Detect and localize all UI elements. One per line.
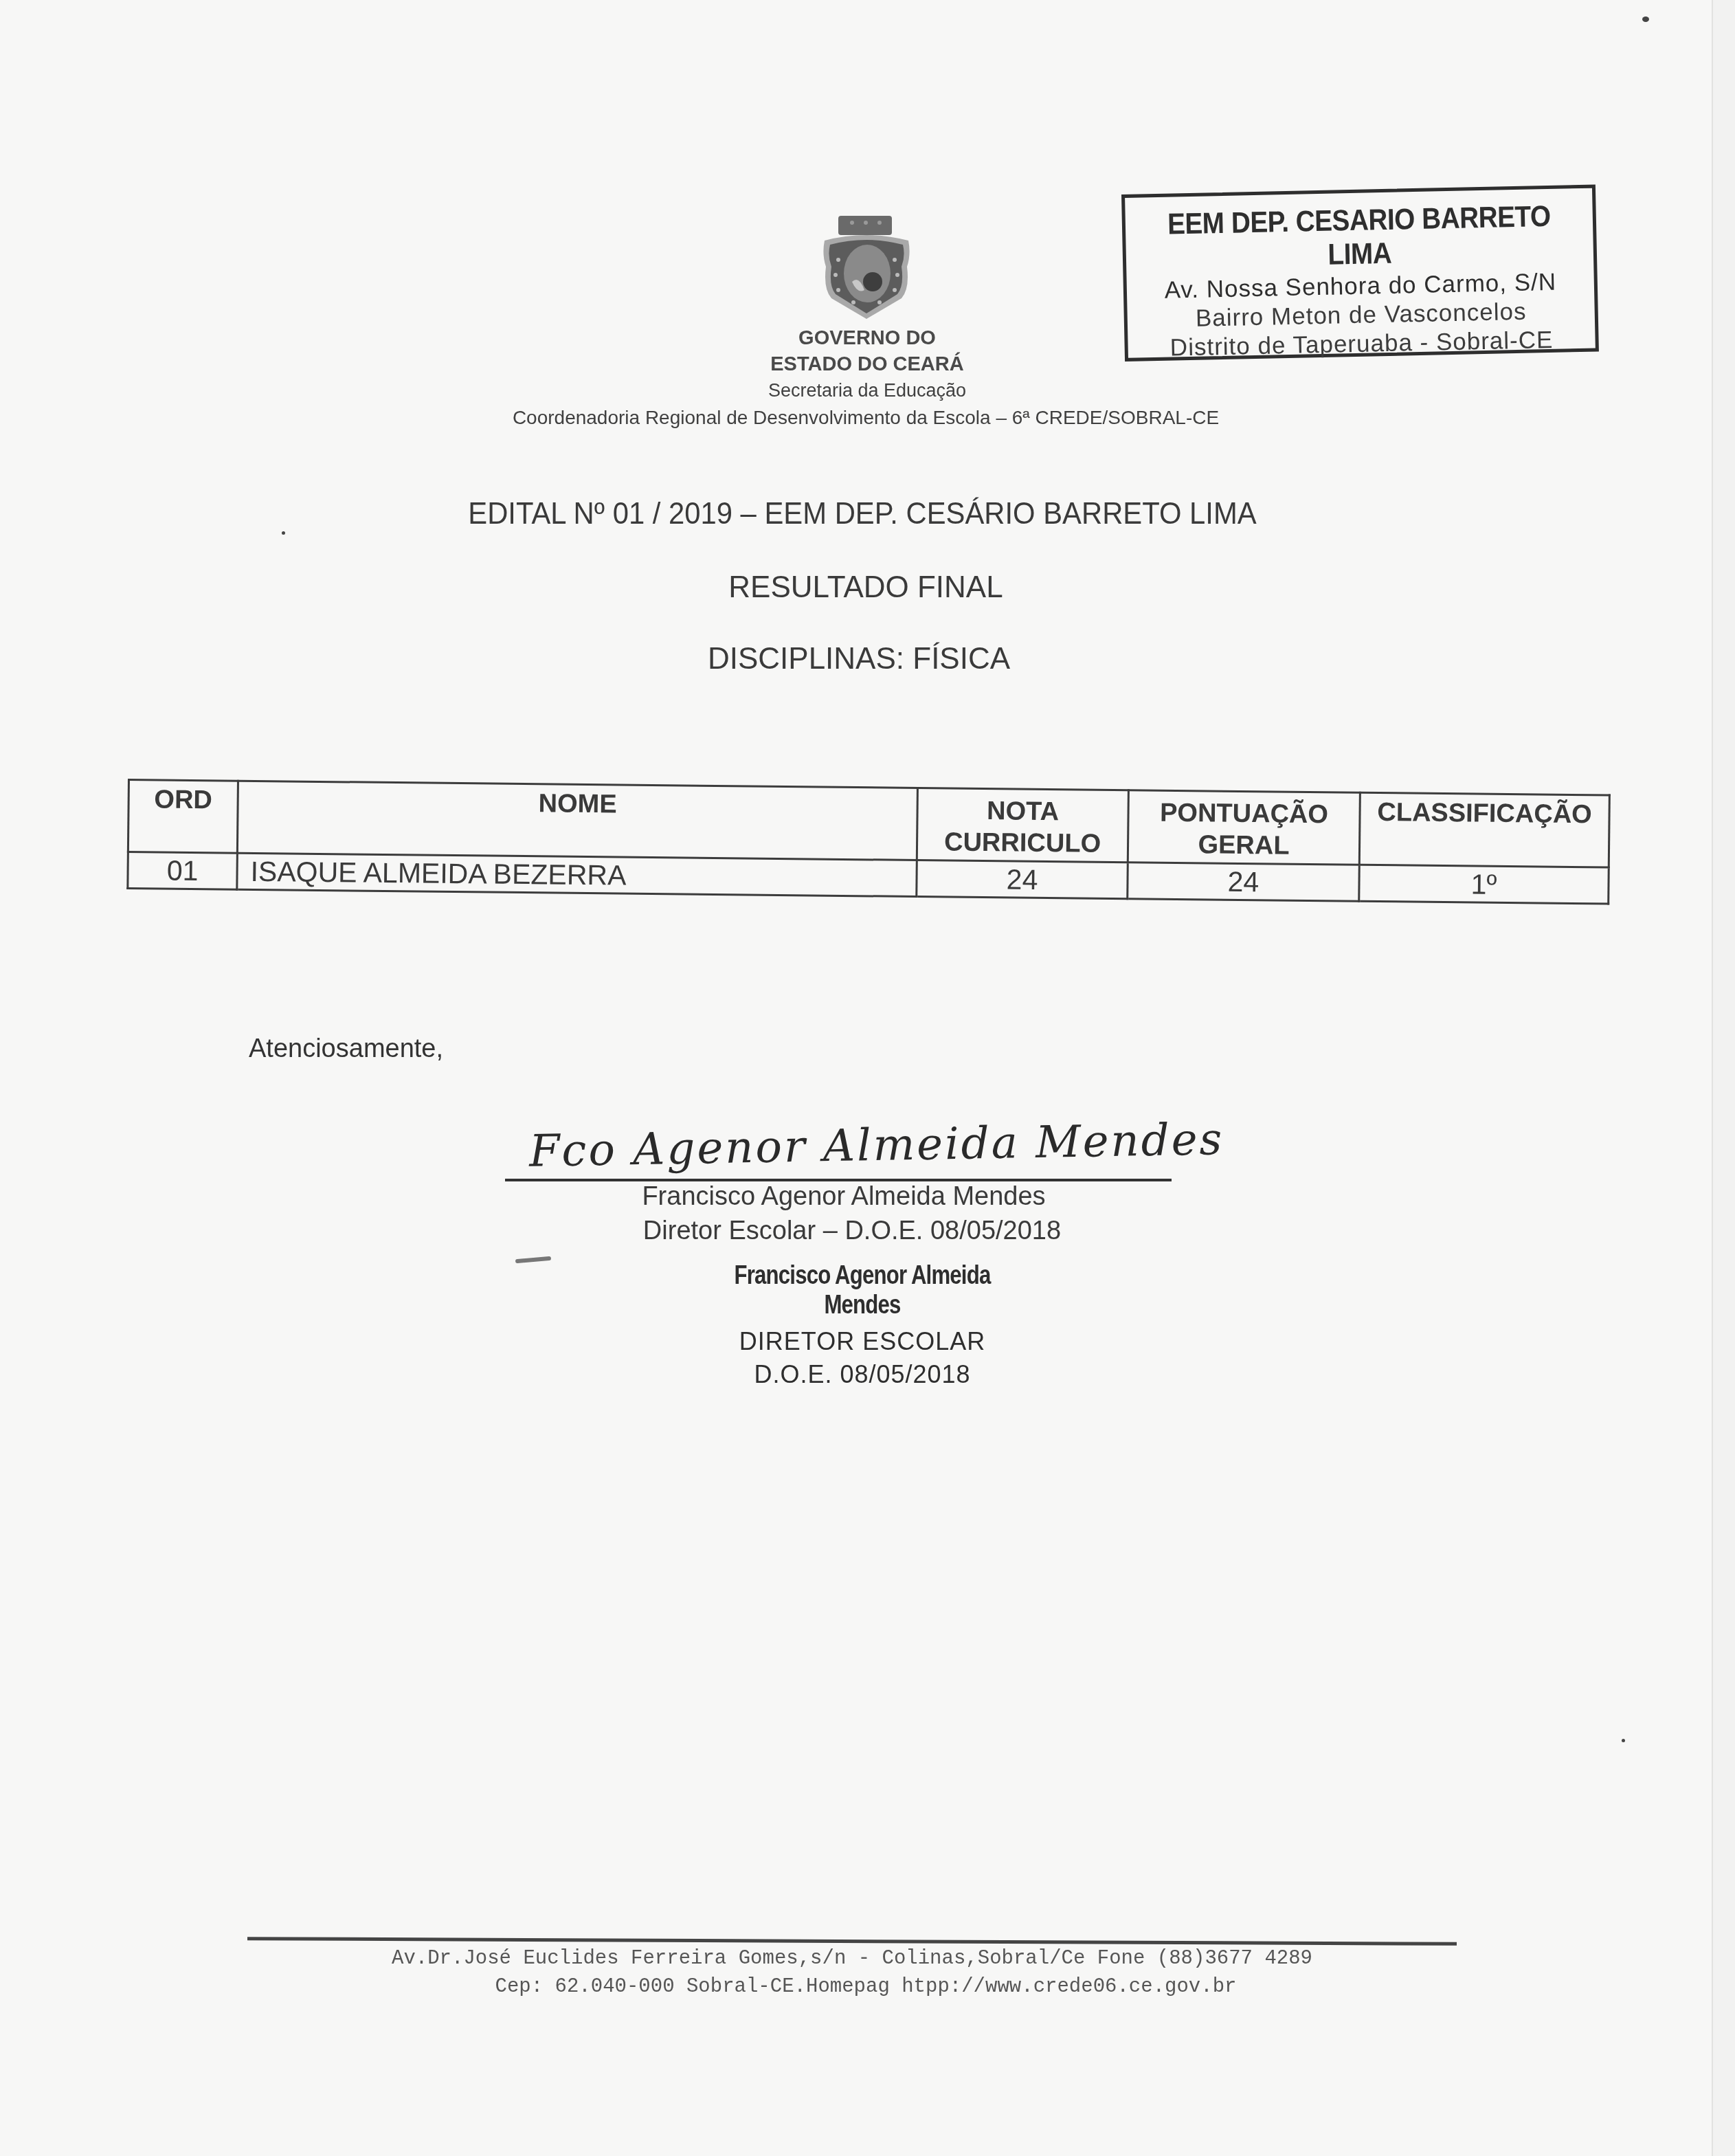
school-stamp: EEM DEP. CESARIO BARRETO LIMA Av. Nossa … <box>1121 185 1599 362</box>
result-table: ORD NOME NOTA CURRICULO PONTUAÇÃO GERAL … <box>126 779 1611 905</box>
director-stamp-doe: D.O.E. 08/05/2018 <box>673 1360 1051 1389</box>
director-stamp-name: Francisco Agenor Almeida Mendes <box>708 1261 1018 1320</box>
cell-classificacao: 1º <box>1359 865 1609 904</box>
scan-speck <box>1622 1739 1625 1742</box>
coordination-line: Coordenadoria Regional de Desenvolviment… <box>440 407 1292 429</box>
edital-title: EDITAL Nº 01 / 2019 – EEM DEP. CESÁRIO B… <box>448 497 1277 531</box>
signer-role: Diretor Escolar – D.O.E. 08/05/2018 <box>598 1216 1106 1246</box>
secretariat-line: Secretaria da Educação <box>730 380 1005 401</box>
signer-name: Francisco Agenor Almeida Mendes <box>603 1182 1084 1212</box>
header-pontuacao-line1: PONTUAÇÃO <box>1133 797 1354 830</box>
header-ord: ORD <box>128 780 238 854</box>
salutation: Atenciosamente, <box>249 1034 443 1064</box>
director-stamp: Francisco Agenor Almeida Mendes DIRETOR … <box>673 1261 1051 1389</box>
scan-page-edge <box>1712 0 1735 2156</box>
cell-ord: 01 <box>128 852 238 890</box>
footer-cep-homepage: Cep: 62.040-000 Sobral-CE.Homepag htpp:/… <box>261 1975 1470 1998</box>
result-title: RESULTADO FINAL <box>687 570 1044 605</box>
header-classificacao: CLASSIFICAÇÃO <box>1359 792 1609 867</box>
discipline-title: DISCIPLINAS: FÍSICA <box>680 642 1038 676</box>
stamp-school-name: EEM DEP. CESARIO BARRETO LIMA <box>1148 199 1570 276</box>
header-nota-line2: CURRICULO <box>922 826 1123 860</box>
footer-rule <box>247 1937 1457 1946</box>
director-stamp-role: DIRETOR ESCOLAR <box>673 1327 1051 1356</box>
government-line-2: ESTADO DO CEARÁ <box>733 353 1001 376</box>
government-line-1: GOVERNO DO <box>781 327 953 350</box>
ceara-coat-of-arms-icon <box>818 213 915 322</box>
scan-speck <box>282 531 285 535</box>
header-nota-line1: NOTA <box>922 794 1123 828</box>
handwritten-signature: Fco Agenor Almeida Mendes <box>528 1114 1224 1177</box>
header-nome: NOME <box>237 781 917 860</box>
signature-line <box>505 1179 1172 1181</box>
cell-nome: ISAQUE ALMEIDA BEZERRA <box>237 853 917 896</box>
cell-nota-curriculo: 24 <box>917 860 1128 899</box>
header-pontuacao-line2: GERAL <box>1133 828 1354 862</box>
header-pontuacao-geral: PONTUAÇÃO GERAL <box>1128 790 1360 865</box>
scan-speck <box>1642 16 1649 22</box>
scan-smudge <box>515 1256 551 1264</box>
cell-pontuacao-geral: 24 <box>1128 863 1360 902</box>
header-nota-curriculo: NOTA CURRICULO <box>917 788 1128 863</box>
footer-address: Av.Dr.José Euclides Ferreira Gomes,s/n -… <box>247 1947 1457 1970</box>
